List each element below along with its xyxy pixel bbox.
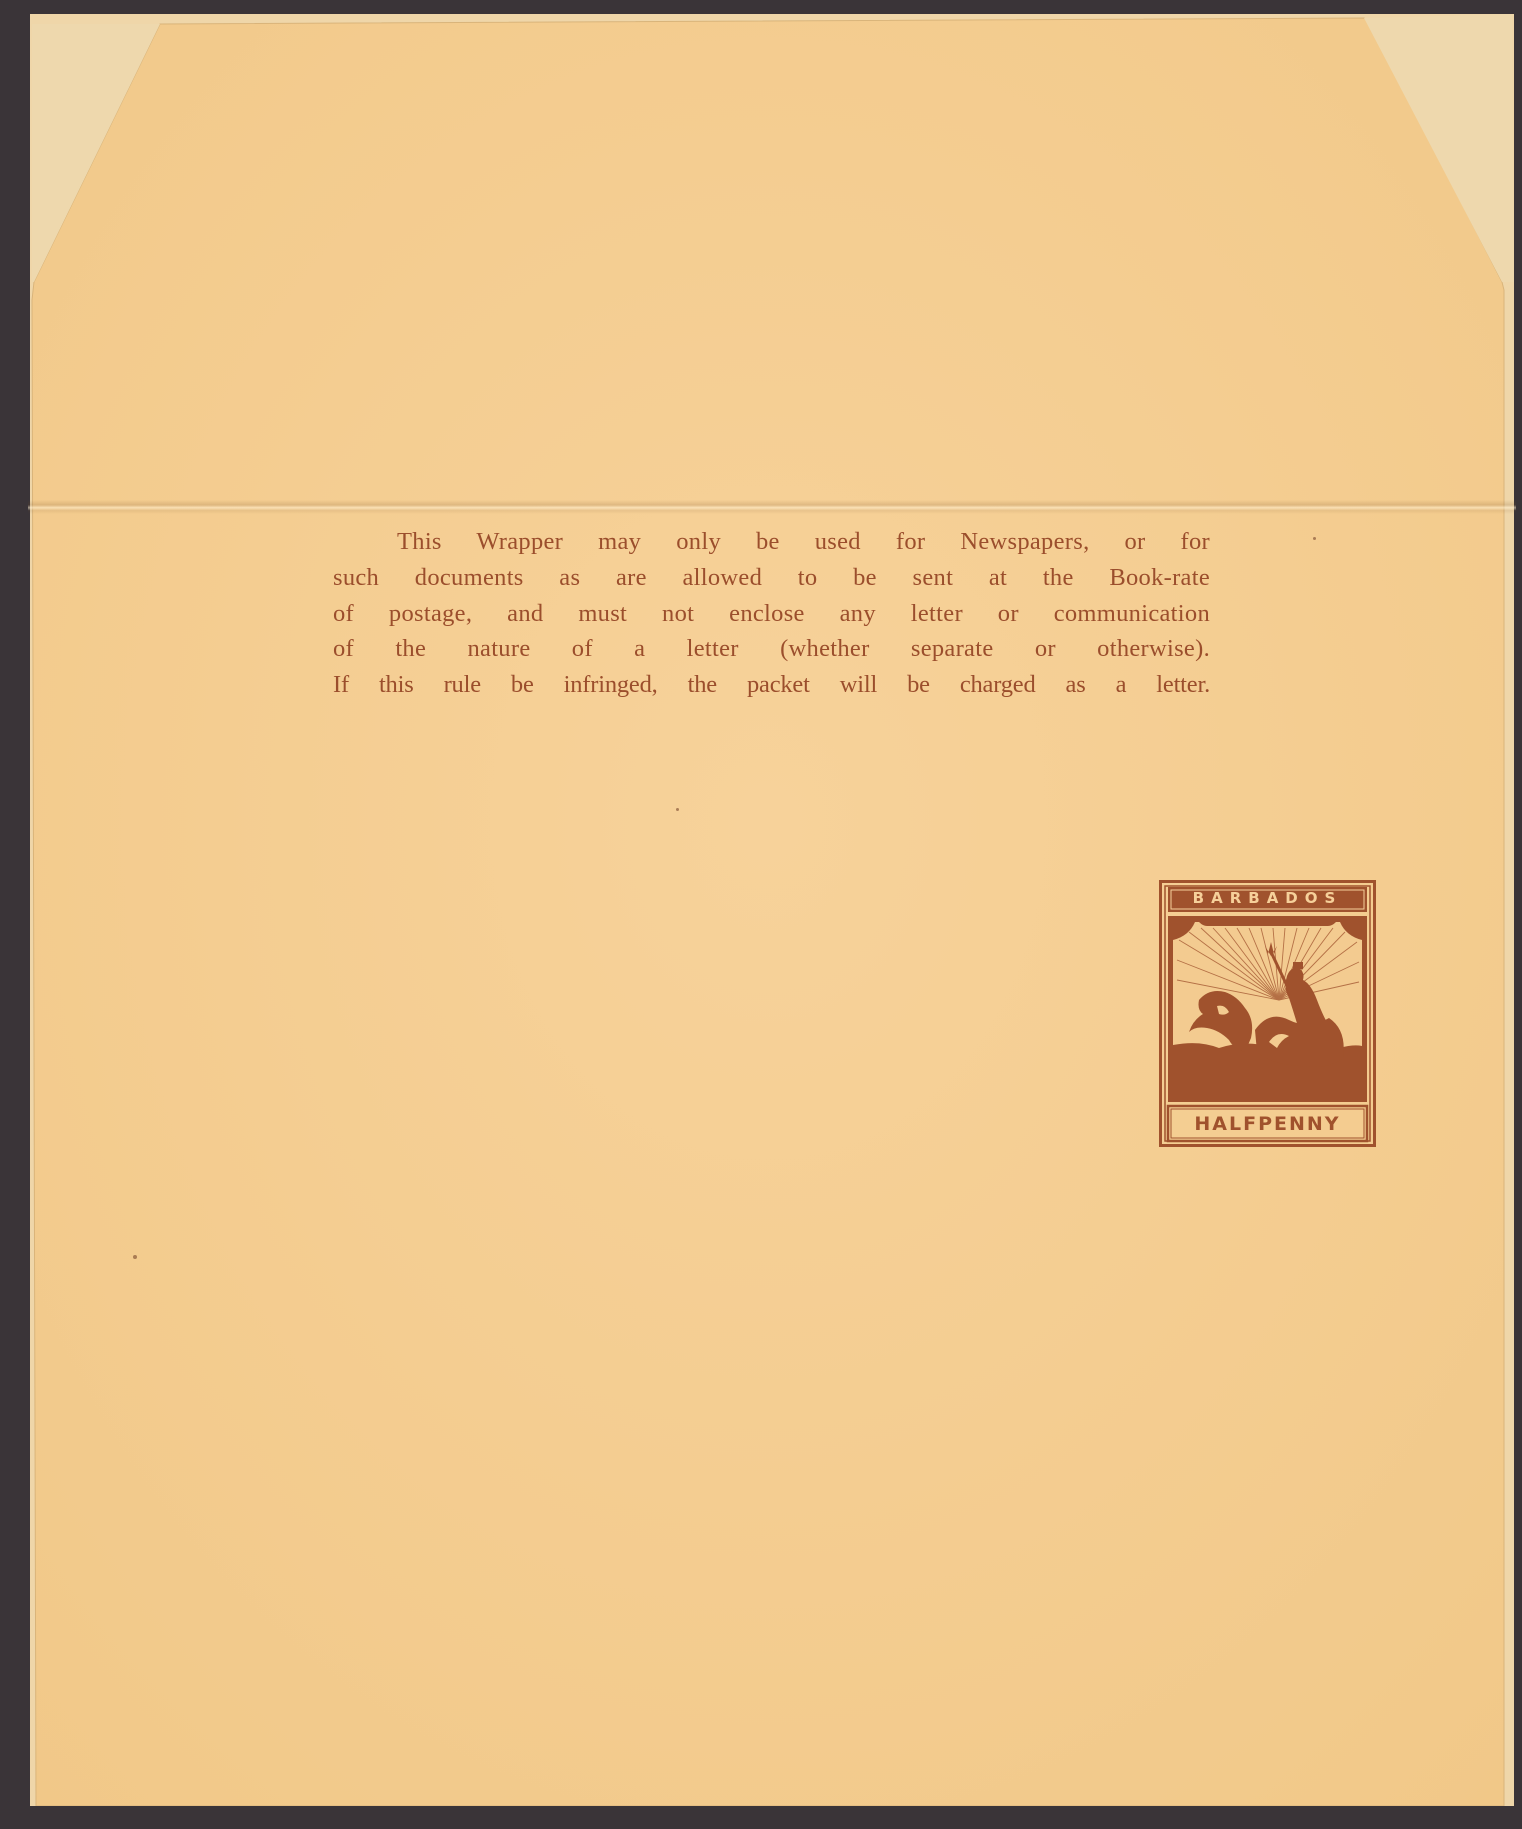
stamp-value-label: HALFPENNY: [1169, 1109, 1366, 1139]
paper-speck: [133, 1255, 137, 1259]
paper-speck: [1313, 537, 1316, 540]
fold-crease: [28, 500, 1516, 514]
stamp-frame-and-vignette: [1159, 880, 1376, 1147]
notice-line: This Wrapper may only be used for Newspa…: [333, 524, 1210, 560]
notice-line: If this rule be infringed, the packet wi…: [333, 667, 1210, 703]
wrapper-notice-text: This Wrapper may only be used for Newspa…: [333, 524, 1210, 703]
notice-line: of the nature of a letter (whether separ…: [333, 631, 1210, 667]
stamp-country-label: BARBADOS: [1169, 886, 1366, 910]
notice-line: of postage, and must not enclose any let…: [333, 596, 1210, 632]
imprinted-stamp: BARBADOS HALFPENNY: [1159, 880, 1376, 1147]
paper-speck: [676, 808, 679, 811]
notice-line: such documents as are allowed to be sent…: [333, 560, 1210, 596]
